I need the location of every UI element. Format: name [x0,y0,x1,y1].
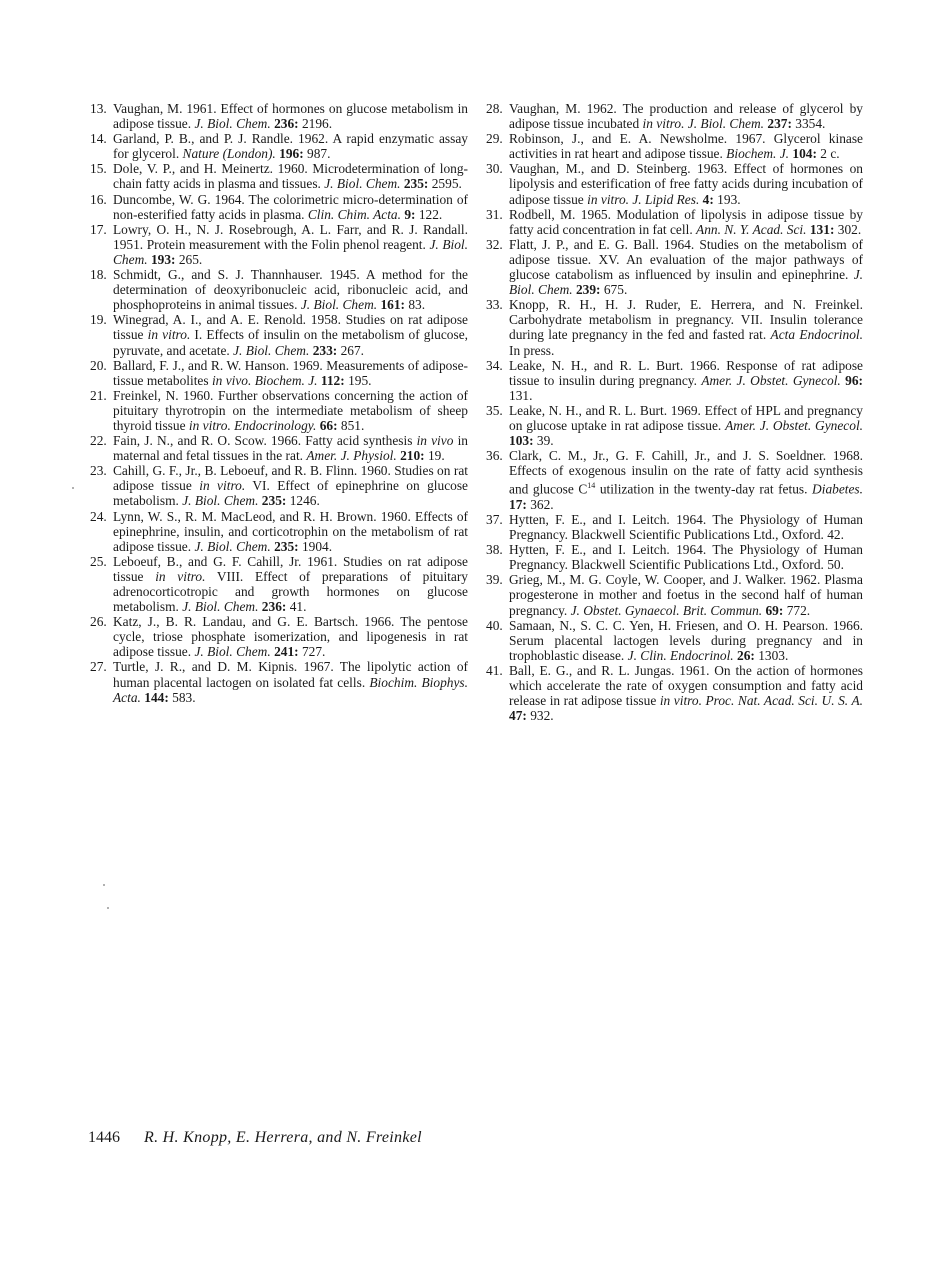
page-number: 1446 [88,1128,140,1148]
volume-number: 233: [313,343,338,358]
reference-text: Lowry, O. H., N. J. Rosebrough, A. L. Fa… [113,222,468,252]
reference-text: In press. [509,343,554,358]
scan-speck [103,884,105,886]
reference-entry: 15.Dole, V. P., and H. Meinertz. 1960. M… [90,161,468,191]
reference-text: Fain, J. N., and R. O. Scow. 1966. Fatty… [113,433,417,448]
reference-text: 131. [509,388,532,403]
volume-number: 161: [380,297,405,312]
reference-text: 2595. [428,176,461,191]
reference-number: 39. [486,572,503,587]
italic-text: in vitro. [148,327,191,342]
italic-text: J. Biol. Chem. [194,539,270,554]
reference-text: 851. [338,418,365,433]
italic-text: in vitro. Proc. Nat. Acad. Sci. U. S. A. [660,693,863,708]
reference-entry: 32.Flatt, J. P., and E. G. Ball. 1964. S… [486,237,863,297]
italic-text: Nature (London). [183,146,276,161]
italic-text: Amer. J. Obstet. Gynecol. [701,373,840,388]
running-authors: R. H. Knopp, E. Herrera, and N. Freinkel [144,1129,422,1146]
reference-number: 37. [486,512,503,527]
reference-number: 34. [486,358,503,373]
reference-number: 38. [486,542,503,557]
reference-text: Hytten, F. E., and I. Leitch. 1964. The … [509,512,863,542]
reference-entry: 22.Fain, J. N., and R. O. Scow. 1966. Fa… [90,433,468,463]
reference-text: 1246. [286,493,319,508]
reference-entry: 33.Knopp, R. H., H. J. Ruder, E. Herrera… [486,297,863,357]
volume-number: 112: [321,373,345,388]
reference-number: 19. [90,312,107,327]
reference-entry: 29.Robinson, J., and E. A. Newsholme. 19… [486,131,863,161]
reference-entry: 24.Lynn, W. S., R. M. MacLeod, and R. H.… [90,509,468,554]
reference-number: 33. [486,297,503,312]
reference-number: 13. [90,101,107,116]
reference-entry: 40.Samaan, N., S. C. C. Yen, H. Friesen,… [486,618,863,663]
reference-number: 16. [90,192,107,207]
italic-text: Diabetes. [812,482,863,497]
reference-text: 2196. [299,116,332,131]
scan-speck [107,907,109,909]
reference-text: 675. [601,282,628,297]
reference-text: 932. [527,708,554,723]
volume-number: 235: [262,493,287,508]
reference-text: utilization in the twenty-day rat fetus. [595,482,812,497]
reference-entry: 28.Vaughan, M. 1962. The production and … [486,101,863,131]
reference-text: 727. [299,644,326,659]
volume-number: 210: [400,448,425,463]
references-right-column: 28.Vaughan, M. 1962. The production and … [486,101,863,723]
reference-entry: 17.Lowry, O. H., N. J. Rosebrough, A. L.… [90,222,468,267]
reference-entry: 30.Vaughan, M., and D. Steinberg. 1963. … [486,161,863,206]
reference-text: 41. [286,599,306,614]
reference-number: 22. [90,433,107,448]
italic-text: J. Obstet. Gynaecol. Brit. Commun. [571,603,763,618]
reference-entry: 18.Schmidt, G., and S. J. Thannhauser. 1… [90,267,468,312]
reference-number: 32. [486,237,503,252]
reference-entry: 20.Ballard, F. J., and R. W. Hanson. 196… [90,358,468,388]
italic-text: in vivo. Biochem. J. [212,373,318,388]
italic-text: J. Biol. Chem. [194,644,270,659]
volume-number: 237: [767,116,792,131]
reference-number: 24. [90,509,107,524]
reference-entry: 38.Hytten, F. E., and I. Leitch. 1964. T… [486,542,863,572]
reference-number: 36. [486,448,503,463]
italic-text: in vitro. J. Biol. Chem. [643,116,765,131]
reference-number: 41. [486,663,503,678]
volume-number: 96: [845,373,863,388]
italic-text: in vitro. [155,569,205,584]
reference-entry: 16.Duncombe, W. G. 1964. The colorimetri… [90,192,468,222]
reference-number: 26. [90,614,107,629]
reference-entry: 23.Cahill, G. F., Jr., B. Leboeuf, and R… [90,463,468,508]
reference-text: 583. [169,690,196,705]
reference-number: 14. [90,131,107,146]
reference-number: 27. [90,659,107,674]
reference-entry: 13.Vaughan, M. 1961. Effect of hormones … [90,101,468,131]
reference-text: 19. [425,448,445,463]
reference-text: 772. [783,603,810,618]
references-left-column: 13.Vaughan, M. 1961. Effect of hormones … [90,101,468,705]
reference-text: Hytten, F. E., and I. Leitch. 1964. The … [509,542,863,572]
italic-text: J. Biol. Chem. [324,176,400,191]
italic-text: in vivo [417,433,454,448]
reference-entry: 35.Leake, N. H., and R. L. Burt. 1969. E… [486,403,863,448]
reference-text: 2 c. [817,146,840,161]
reference-entry: 27.Turtle, J. R., and D. M. Kipnis. 1967… [90,659,468,704]
italic-text: in vitro. [199,478,245,493]
reference-entry: 26.Katz, J., B. R. Landau, and G. E. Bar… [90,614,468,659]
reference-number: 25. [90,554,107,569]
reference-entry: 36.Clark, C. M., Jr., G. F. Cahill, Jr.,… [486,448,863,512]
volume-number: 193: [151,252,176,267]
volume-number: 144: [144,690,169,705]
reference-text: 302. [834,222,861,237]
italic-text: Amer. J. Obstet. Gynecol. [725,418,863,433]
reference-number: 28. [486,101,503,116]
reference-entry: 37.Hytten, F. E., and I. Leitch. 1964. T… [486,512,863,542]
italic-text: J. Biol. Chem. [301,297,377,312]
volume-number: 131: [810,222,835,237]
italic-text: Acta Endocrinol. [771,327,863,342]
volume-number: 66: [320,418,338,433]
volume-number: 4: [703,192,714,207]
reference-entry: 39.Grieg, M., M. G. Coyle, W. Cooper, an… [486,572,863,617]
reference-text: 265. [176,252,203,267]
reference-text: 193. [714,192,741,207]
volume-number: 103: [509,433,534,448]
reference-number: 30. [486,161,503,176]
volume-number: 196: [279,146,304,161]
reference-number: 31. [486,207,503,222]
reference-entry: 19.Winegrad, A. I., and A. E. Renold. 19… [90,312,468,357]
italic-text: Ann. N. Y. Acad. Sci. [696,222,806,237]
volume-number: 26: [737,648,755,663]
volume-number: 241: [274,644,299,659]
volume-number: 235: [274,539,299,554]
reference-entry: 34.Leake, N. H., and R. L. Burt. 1966. R… [486,358,863,403]
reference-text: 1303. [755,648,788,663]
volume-number: 236: [274,116,299,131]
reference-text: 1904. [299,539,332,554]
reference-text: 39. [534,433,554,448]
reference-text: 3354. [792,116,825,131]
reference-text: 987. [304,146,331,161]
page-footer: 1446 R. H. Knopp, E. Herrera, and N. Fre… [88,1128,422,1148]
italic-text: J. Biol. Chem. [194,116,270,131]
reference-text: 122. [416,207,443,222]
reference-entry: 25.Leboeuf, B., and G. F. Cahill, Jr. 19… [90,554,468,614]
reference-entry: 31.Rodbell, M. 1965. Modulation of lipol… [486,207,863,237]
reference-number: 40. [486,618,503,633]
italic-text: Biochem. J. [726,146,789,161]
volume-number: 104: [792,146,817,161]
italic-text: Amer. J. Physiol. [306,448,396,463]
italic-text: J. Biol. Chem. [233,343,309,358]
reference-number: 35. [486,403,503,418]
italic-text: Clin. Chim. Acta. [308,207,401,222]
reference-number: 15. [90,161,107,176]
volume-number: 236: [262,599,287,614]
reference-entry: 21.Freinkel, N. 1960. Further observatio… [90,388,468,433]
reference-number: 17. [90,222,107,237]
reference-text: 362. [527,497,554,512]
reference-text: 267. [337,343,364,358]
italic-text: in vitro. Endocrinology. [189,418,316,433]
italic-text: J. Clin. Endocrinol. [628,648,734,663]
volume-number: 239: [576,282,601,297]
volume-number: 69: [765,603,783,618]
volume-number: 235: [404,176,429,191]
italic-text: J. Biol. Chem. [182,493,258,508]
volume-number: 9: [404,207,415,222]
reference-entry: 41.Ball, E. G., and R. L. Jungas. 1961. … [486,663,863,723]
italic-text: in vitro. J. Lipid Res. [587,192,699,207]
reference-text: 83. [405,297,425,312]
scan-speck [72,487,74,489]
reference-number: 21. [90,388,107,403]
volume-number: 17: [509,497,527,512]
reference-text: 195. [345,373,372,388]
reference-number: 18. [90,267,107,282]
reference-number: 29. [486,131,503,146]
reference-text: Flatt, J. P., and E. G. Ball. 1964. Stud… [509,237,863,282]
reference-number: 23. [90,463,107,478]
reference-entry: 14.Garland, P. B., and P. J. Randle. 196… [90,131,468,161]
italic-text: J. Biol. Chem. [182,599,258,614]
reference-number: 20. [90,358,107,373]
volume-number: 47: [509,708,527,723]
